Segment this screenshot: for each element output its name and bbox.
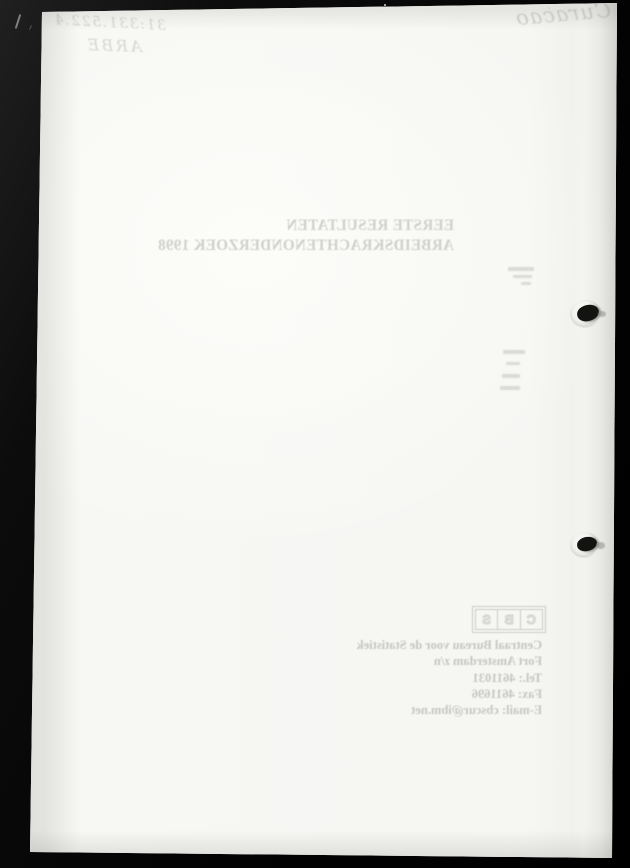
scanner-background: 31:331.522.4 ARBE Curacao EERSTE RESULTA… [0,0,630,868]
address-line-fax: Fax: 4611696 [354,686,542,702]
cover-title-showthrough: EERSTE RESULTATEN ARBEIDSKRACHTENONDERZO… [204,216,454,255]
faint-smudge [506,362,520,365]
faint-smudge [508,267,534,271]
cbs-logo: C B S [472,606,546,633]
punch-hole-tear [596,542,605,549]
faint-smudge [503,350,525,354]
paper-edge-shading [0,0,630,868]
border-scratch [15,14,22,29]
cbs-logo-letter-b: B [497,610,519,629]
address-line-organization: Centraal Bureau voor de Statistiek [354,637,542,653]
cover-title-line1: EERSTE RESULTATEN [204,216,454,236]
cbs-logo-letter-c: C [520,610,542,629]
address-line-phone: Tel.: 4611031 [354,670,542,686]
dust-speck [384,4,386,6]
address-line-street: Fort Amsterdam z/n [354,653,542,669]
faint-smudge [521,282,531,285]
paper-sheet: 31:331.522.4 ARBE Curacao EERSTE RESULTA… [0,0,630,868]
border-scratch [29,25,32,30]
cbs-logo-frame: C B S [475,609,543,630]
cbs-logo-letter-s: S [476,610,497,629]
address-line-email: E-mail: cbscur@ibm.net [354,702,542,718]
faint-smudge [502,374,520,378]
handwritten-shelf-code: ARBE [84,35,143,56]
punch-hole-tear [598,311,606,317]
faint-smudge [513,275,532,278]
dust-speck [252,9,253,10]
cover-title-line2: ARBEIDSKRACHTENONDERZOEK 1998 [204,236,454,256]
handwritten-call-number: 31:331.522.4 [50,12,167,34]
faint-smudge [500,386,520,390]
publisher-address-showthrough: Centraal Bureau voor de Statistiek Fort … [354,637,542,718]
punch-hole-icon [570,530,606,560]
punch-hole-icon [570,298,608,330]
dust-speck [548,7,550,9]
handwritten-region-label: Curacao [494,0,612,32]
